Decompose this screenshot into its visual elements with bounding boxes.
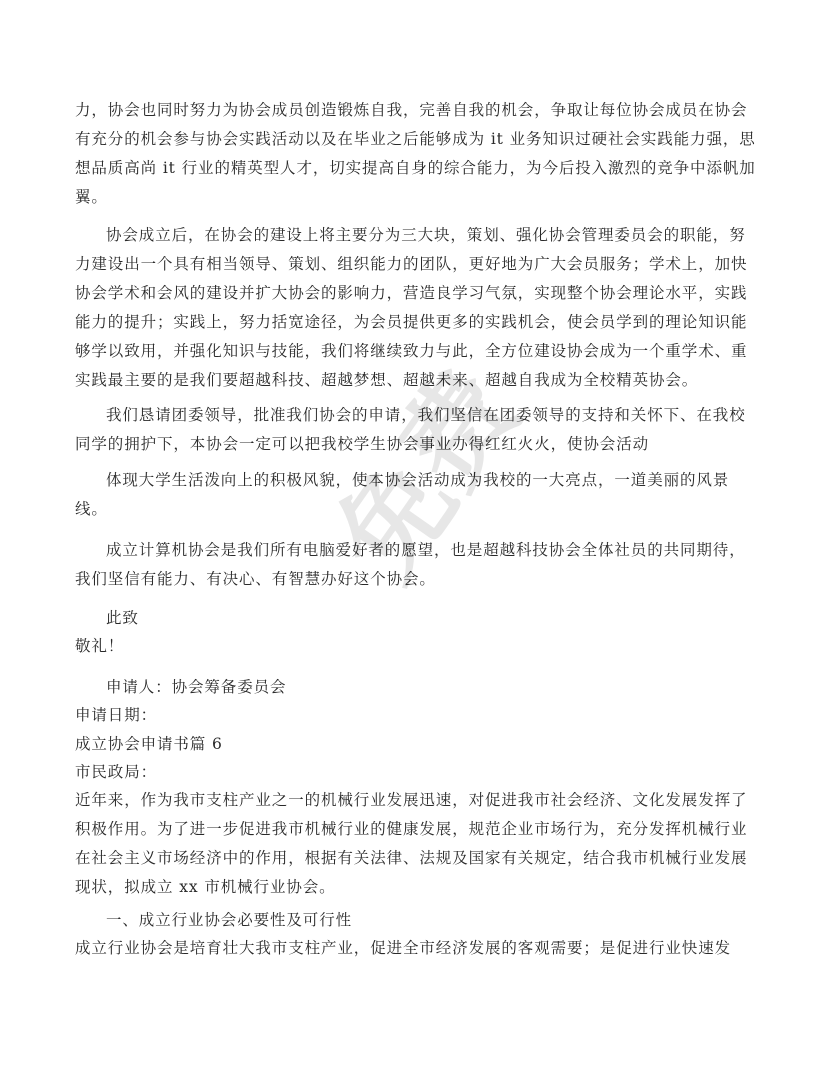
document-page: 力，协会也同时努力为协会成员创造锻炼自我，完善自我的机会，争取让每位协会成员在协… xyxy=(0,0,830,1074)
document-line: 近年来，作为我市支柱产业之一的机械行业发展迅速，对促进我市社会经济、文化发展发挥… xyxy=(75,790,755,810)
document-line: 成立行业协会是培育壮大我市支柱产业，促进全市经济发展的客观需要；是促进行业快速发 xyxy=(75,938,755,958)
document-line: 成立计算机协会是我们所有电脑爱好者的愿望，也是超越科技协会全体社员的共同期待， xyxy=(106,540,786,560)
document-line: 想品质高尚 it 行业的精英型人才，切实提高自身的综合能力，为今后投入激烈的竞争… xyxy=(75,158,755,178)
document-line: 线。 xyxy=(75,499,755,519)
document-line: 力建设出一个具有相当领导、策划、组织能力的团队，更好地为广大会员服务；学术上，加… xyxy=(75,254,755,274)
document-line: 体现大学生活泼向上的积极风貌，使本协会活动成为我校的一大亮点，一道美丽的风景 xyxy=(106,470,786,490)
document-line: 市民政局： xyxy=(75,762,755,782)
document-line: 协会学术和会风的建设并扩大协会的影响力，营造良学习气氛，实现整个协会理论水平，实… xyxy=(75,283,755,303)
document-line: 翼。 xyxy=(75,187,755,207)
document-line: 成立协会申请书篇 6 xyxy=(75,734,755,754)
document-line: 敬礼！ xyxy=(75,636,755,656)
document-line: 申请人：协会筹备委员会 xyxy=(106,677,786,697)
document-line: 申请日期： xyxy=(75,705,755,725)
document-line: 此致 xyxy=(106,608,786,628)
document-line: 一、成立行业协会必要性及可行性 xyxy=(106,910,786,930)
document-line: 够学以致用，并强化知识与技能，我们将继续致力与此，全方位建设协会成为一个重学术、… xyxy=(75,341,755,361)
document-line: 有充分的机会参与协会实践活动以及在毕业之后能够成为 it 业务知识过硬社会实践能… xyxy=(75,129,755,149)
document-line: 我们坚信有能力、有决心、有智慧办好这个协会。 xyxy=(75,569,755,589)
document-line: 同学的拥护下，本协会一定可以把我校学生协会事业办得红红火火，使协会活动 xyxy=(75,434,755,454)
document-line: 实践最主要的是我们要超越科技、超越梦想、超越未来、超越自我成为全校精英协会。 xyxy=(75,370,755,390)
document-line: 在社会主义市场经济中的作用，根据有关法律、法规及国家有关规定，结合我市机械行业发… xyxy=(75,848,755,868)
document-line: 能力的提升；实践上，努力括宽途径，为会员提供更多的实践机会，使会员学到的理论知识… xyxy=(75,312,755,332)
document-line: 力，协会也同时努力为协会成员创造锻炼自我，完善自我的机会，争取让每位协会成员在协… xyxy=(75,100,755,120)
document-line: 我们恳请团委领导，批准我们协会的申请，我们坚信在团委领导的支持和关怀下、在我校 xyxy=(106,405,786,425)
document-line: 现状，拟成立 xx 市机械行业协会。 xyxy=(75,877,755,897)
document-line: 协会成立后，在协会的建设上将主要分为三大块，策划、强化协会管理委员会的职能，努 xyxy=(106,225,786,245)
document-line: 积极作用。为了进一步促进我市机械行业的健康发展，规范企业市场行为，充分发挥机械行… xyxy=(75,819,755,839)
